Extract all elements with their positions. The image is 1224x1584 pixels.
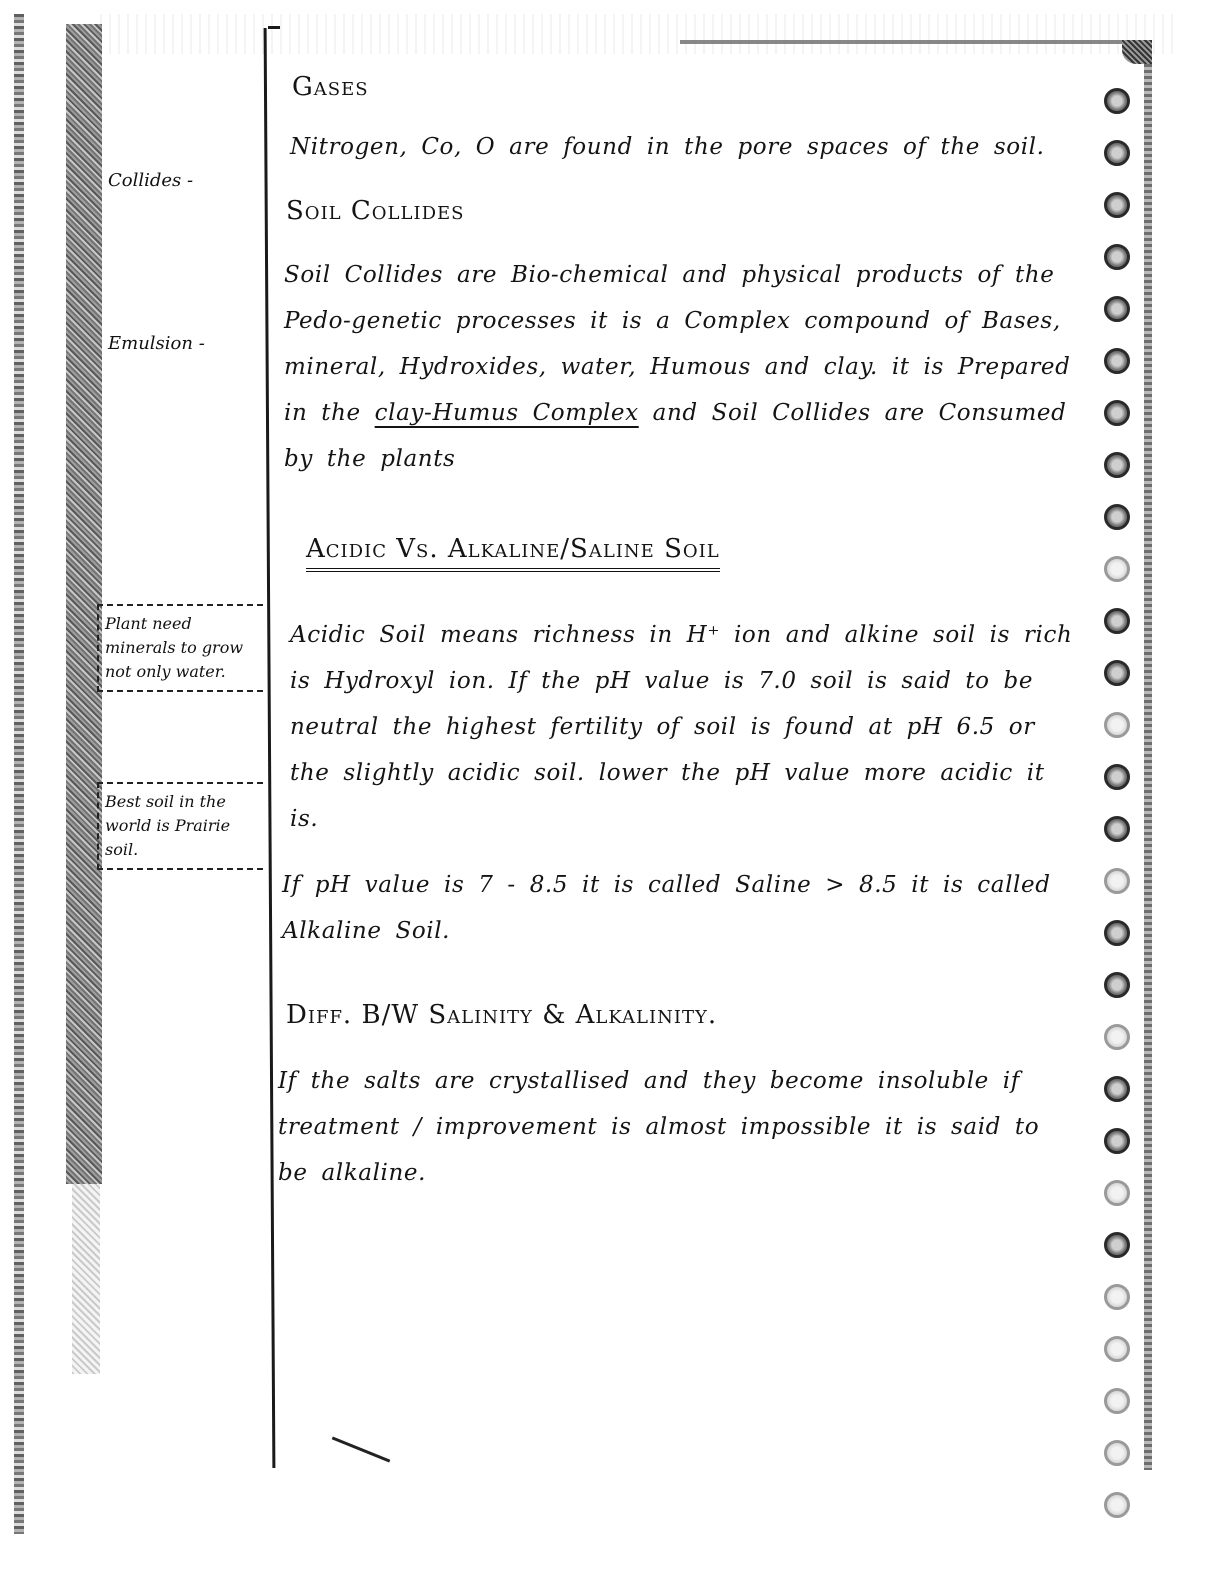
binding-hole-icon: [1104, 348, 1130, 374]
binding-hole-icon: [1104, 660, 1130, 686]
page-right-border: [1144, 40, 1152, 1470]
binding-hole-icon: [1104, 1492, 1130, 1518]
binding-hole-icon: [1104, 1128, 1130, 1154]
binding-hole-icon: [1104, 88, 1130, 114]
binding-hole-icon: [1104, 1180, 1130, 1206]
binding-hole-icon: [1104, 244, 1130, 270]
margin-line-hook: [268, 26, 280, 29]
page-corner: [1122, 40, 1152, 64]
margin-line: [264, 28, 276, 1468]
binding-hole-icon: [1104, 868, 1130, 894]
binding-hole-icon: [1104, 400, 1130, 426]
binding-hole-icon: [1104, 1440, 1130, 1466]
stray-pen-stroke: [332, 1436, 391, 1462]
margin-note-collides: Collides -: [108, 170, 193, 191]
binding-hole-icon: [1104, 1336, 1130, 1362]
binding-hole-icon: [1104, 1076, 1130, 1102]
margin-box-plant-minerals: Plant need minerals to grow not only wat…: [97, 604, 263, 692]
scan-edge-left: [14, 14, 24, 1534]
binding-hole-icon: [1104, 972, 1130, 998]
margin-note-emulsion: Emulsion -: [108, 333, 205, 354]
para-saline-alkaline: If pH value is 7 - 8.5 it is called Sali…: [282, 862, 1072, 954]
para-acidic-soil: Acidic Soil means richness in H⁺ ion and…: [290, 612, 1080, 842]
page-top-border: [680, 40, 1152, 44]
binding-hole-icon: [1104, 556, 1130, 582]
binding-hole-icon: [1104, 816, 1130, 842]
heading-salinity-alkalinity: Diff. B/W Salinity & Alkalinity.: [286, 1000, 717, 1030]
para-gases: Nitrogen, Co, O are found in the pore sp…: [290, 124, 1080, 170]
binding-hole-icon: [1104, 712, 1130, 738]
binding-hole-icon: [1104, 296, 1130, 322]
binding-hole-icon: [1104, 504, 1130, 530]
binding-hole-icon: [1104, 920, 1130, 946]
binding-hole-icon: [1104, 1024, 1130, 1050]
binding-hole-icon: [1104, 1232, 1130, 1258]
heading-soil-collides: Soil Collides: [286, 196, 464, 226]
binding-hole-icon: [1104, 452, 1130, 478]
binding-hole-icon: [1104, 1284, 1130, 1310]
para-salinity-alkalinity: If the salts are crystallised and they b…: [278, 1058, 1068, 1196]
binding-hole-icon: [1104, 192, 1130, 218]
binding-hole-icon: [1104, 1388, 1130, 1414]
binding-hole-icon: [1104, 764, 1130, 790]
heading-acidic-vs-alkaline: Acidic Vs. Alkaline/Saline Soil: [306, 534, 720, 572]
para-soil-collides: Soil Collides are Bio-chemical and physi…: [284, 252, 1084, 482]
binding-hole-icon: [1104, 140, 1130, 166]
notebook-binding-strip-fade: [72, 1184, 100, 1374]
binding-hole-icon: [1104, 608, 1130, 634]
margin-box-prairie-soil: Best soil in the world is Prairie soil.: [97, 782, 263, 870]
scan-noise-top: [100, 14, 1180, 54]
spiral-binding-holes: [1104, 88, 1134, 1544]
heading-gases: Gases: [292, 72, 369, 102]
clay-humus-complex-underlined: clay-Humus Complex: [375, 400, 639, 426]
